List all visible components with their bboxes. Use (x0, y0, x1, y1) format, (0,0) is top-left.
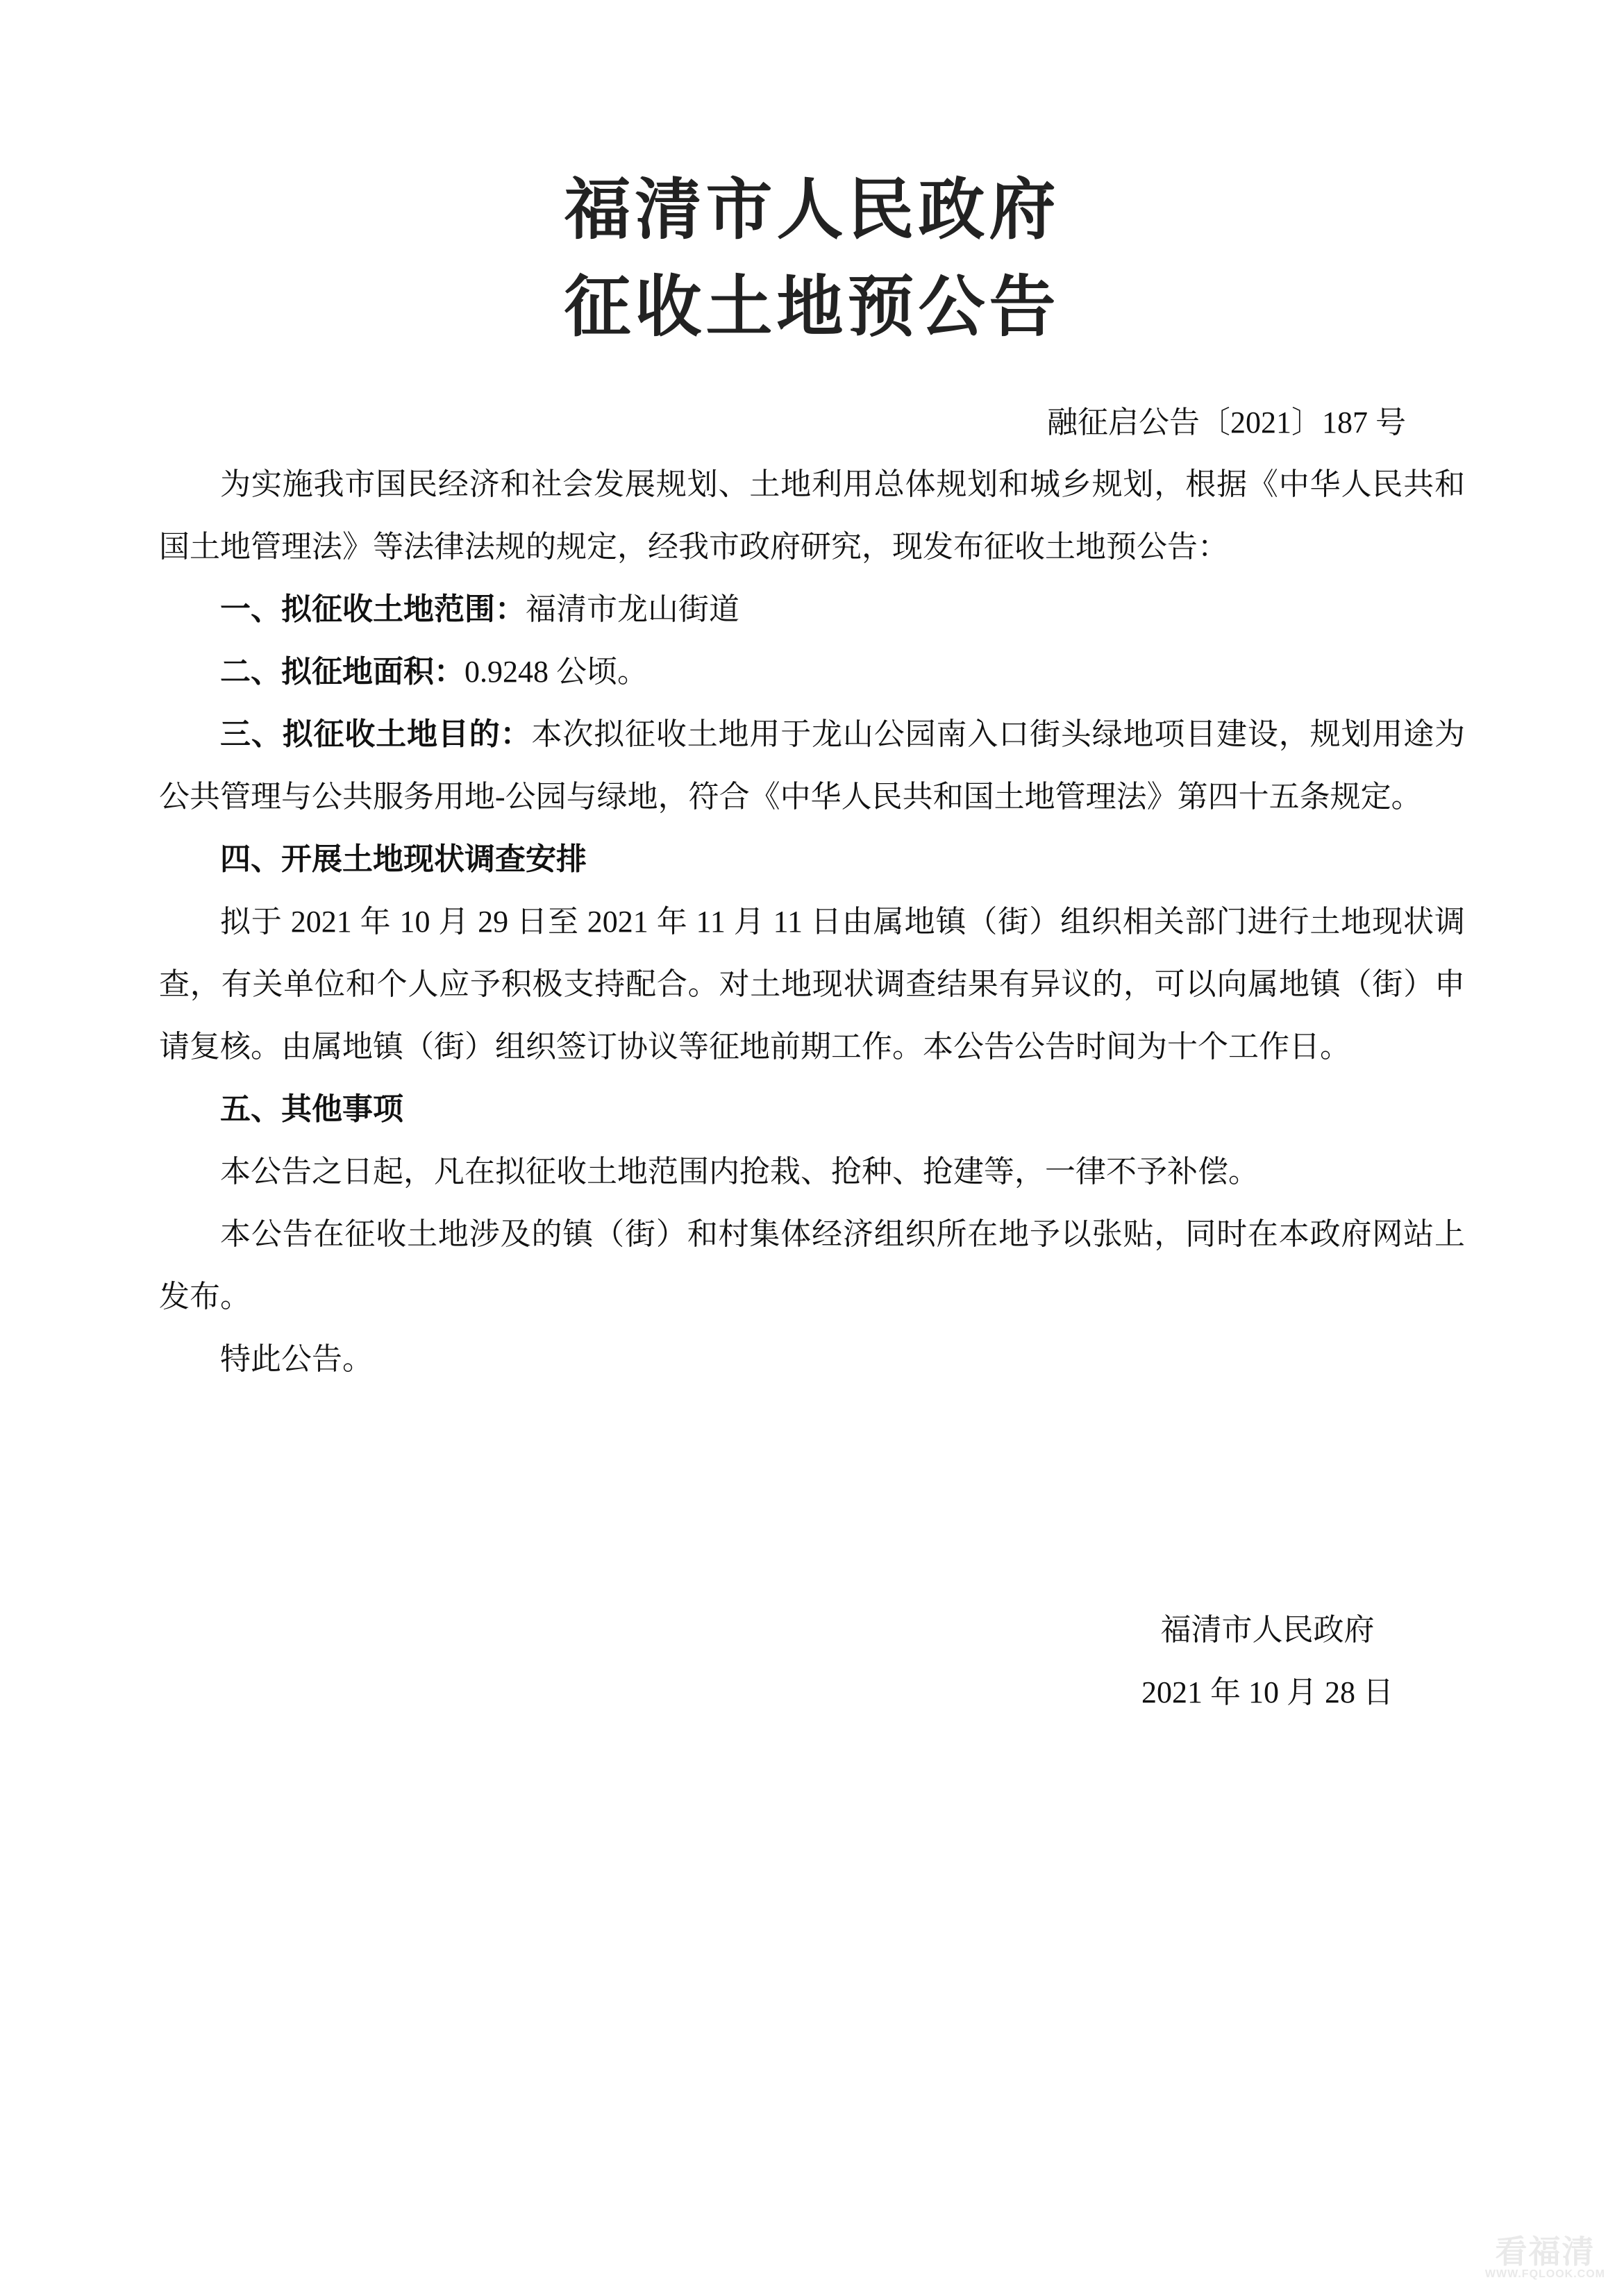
intro-paragraph: 为实施我市国民经济和社会发展规划、土地利用总体规划和城乡规划，根据《中华人民共和… (159, 453, 1465, 578)
item-2: 二、拟征地面积：0.9248 公顷。 (159, 641, 1465, 703)
title-line-2: 征收土地预公告 (159, 259, 1465, 356)
item-2-value: 0.9248 公顷。 (464, 655, 648, 689)
item-3-label: 三、拟征收土地目的： (220, 717, 531, 751)
item-3: 三、拟征收土地目的：本次拟征收土地用于龙山公园南入口街头绿地项目建设，规划用途为… (159, 703, 1465, 828)
watermark-logo: 看福清 (1485, 2235, 1605, 2268)
item-5-paragraph-2: 本公告在征收土地涉及的镇（街）和村集体经济组织所在地予以张贴，同时在本政府网站上… (159, 1203, 1465, 1328)
item-4-paragraph: 拟于 2021 年 10 月 29 日至 2021 年 11 月 11 日由属地… (159, 891, 1465, 1078)
page-content: 福清市人民政府 征收土地预公告 融征启公告〔2021〕187 号 为实施我市国民… (0, 162, 1624, 1724)
item-5-heading: 五、其他事项 (159, 1078, 1465, 1141)
item-2-label: 二、拟征地面积： (220, 655, 464, 689)
item-1-value: 福清市龙山街道 (526, 592, 739, 626)
item-1: 一、拟征收土地范围：福清市龙山街道 (159, 578, 1465, 641)
signature-name: 福清市人民政府 (1141, 1599, 1393, 1661)
closing-paragraph: 特此公告。 (159, 1328, 1465, 1391)
signature-block: 福清市人民政府 2021 年 10 月 28 日 (159, 1599, 1465, 1724)
document-number: 融征启公告〔2021〕187 号 (159, 392, 1465, 453)
announcement-page: 福清市人民政府 征收土地预公告 融征启公告〔2021〕187 号 为实施我市国民… (0, 0, 1624, 2296)
signature-date: 2021 年 10 月 28 日 (1141, 1661, 1393, 1724)
watermark-url: WWW.FQLOOK.COM (1485, 2268, 1605, 2281)
item-5-paragraph-1: 本公告之日起，凡在拟征收土地范围内抢栽、抢种、抢建等，一律不予补偿。 (159, 1141, 1465, 1203)
item-1-label: 一、拟征收土地范围： (220, 592, 526, 626)
page-title: 福清市人民政府 征收土地预公告 (159, 162, 1465, 356)
site-watermark: 看福清 WWW.FQLOOK.COM (1485, 2235, 1605, 2281)
item-4-heading: 四、开展土地现状调查安排 (159, 828, 1465, 891)
title-line-1: 福清市人民政府 (159, 162, 1465, 259)
signature: 福清市人民政府 2021 年 10 月 28 日 (1141, 1599, 1393, 1724)
